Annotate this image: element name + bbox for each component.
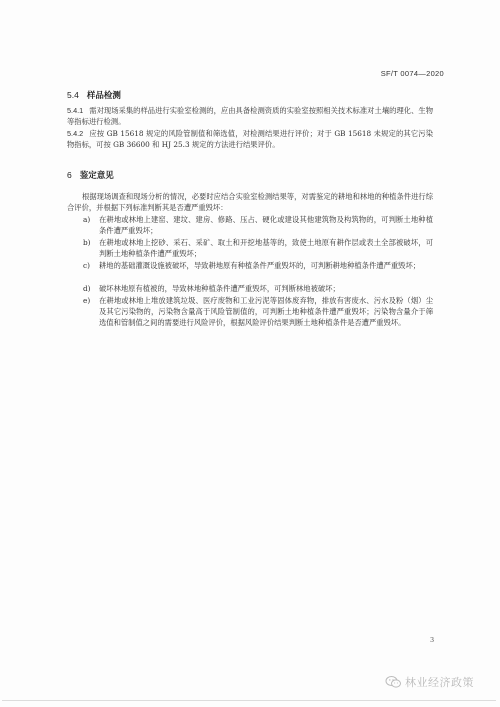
list-marker: c) (83, 260, 90, 271)
watermark: 林业经济政策 (385, 674, 474, 690)
section-number: 6 (67, 170, 72, 180)
section-title: 鉴定意见 (80, 170, 114, 180)
clause-number: 5.4.2 (67, 129, 83, 138)
section-number: 5.4 (67, 90, 79, 100)
criteria-item-e: e) 在耕地或林地上堆放建筑垃圾、医疗废物和工业污泥等固体废弃物，排放有害废水、… (83, 295, 433, 329)
clause-number: 5.4.1 (67, 106, 83, 115)
section-6-intro: 根据现场调查和现场分析的情况，必要时应结合实验室检测结果等，对需鉴定的耕地和林地… (67, 191, 433, 213)
clause-text: 应按 GB 15618 规定的风险管制值和筛选值，对检测结果进行评价；对于 GB… (67, 129, 433, 149)
list-marker: b) (83, 237, 91, 248)
page-number: 3 (430, 636, 434, 644)
list-item-text: 在耕地或林地上堆放建筑垃圾、医疗废物和工业污泥等固体废弃物，排放有害废水、污水及… (99, 296, 433, 327)
clause-5-4-1: 5.4.1需对现场采集的样品进行实验室检测的，应由具备检测资质的实验室按照相关技… (67, 105, 433, 127)
clause-5-4-2: 5.4.2应按 GB 15618 规定的风险管制值和筛选值，对检测结果进行评价；… (67, 128, 433, 150)
standard-code: SF/T 0074—2020 (381, 69, 444, 78)
section-heading-5-4: 5.4样品检测 (67, 89, 121, 101)
document-page: SF/T 0074—2020 5.4样品检测 5.4.1需对现场采集的样品进行实… (0, 0, 500, 707)
section-heading-6: 6鉴定意见 (67, 169, 114, 181)
criteria-item-a: a) 在耕地或林地上建窑、建坟、建房、修路、压占、硬化或建设其他建筑物及构筑物的… (83, 214, 433, 236)
watermark-text: 林业经济政策 (405, 674, 474, 690)
wechat-icon (385, 675, 402, 689)
list-marker: e) (83, 295, 90, 306)
list-item-text: 破坏林地原有植被的，导致林地种植条件遭严重毁坏，可判断林地被破坏； (99, 284, 340, 293)
list-item-text: 在耕地或林地上挖砂、采石、采矿、取土和开挖地基等的，致使土地原有耕作层或表土全部… (99, 238, 433, 258)
divider (2, 700, 496, 701)
section-title: 样品检测 (87, 90, 121, 100)
criteria-item-d: d) 破坏林地原有植被的，导致林地种植条件遭严重毁坏，可判断林地被破坏； (83, 283, 433, 294)
criteria-item-c: c) 耕地的基础灌溉设施被破坏，导致耕地原有种植条件严重毁坏的，可判断耕地种植条… (83, 260, 433, 271)
list-marker: a) (83, 214, 90, 225)
clause-text: 需对现场采集的样品进行实验室检测的，应由具备检测资质的实验室按照相关技术标准对土… (67, 106, 433, 126)
list-item-text: 在耕地或林地上建窑、建坟、建房、修路、压占、硬化或建设其他建筑物及构筑物的，可判… (99, 215, 433, 235)
criteria-item-b: b) 在耕地或林地上挖砂、采石、采矿、取土和开挖地基等的，致使土地原有耕作层或表… (83, 237, 433, 259)
list-marker: d) (83, 283, 91, 294)
list-item-text: 耕地的基础灌溉设施被破坏，导致耕地原有种植条件严重毁坏的，可判断耕地种植条件遭严… (99, 261, 420, 270)
